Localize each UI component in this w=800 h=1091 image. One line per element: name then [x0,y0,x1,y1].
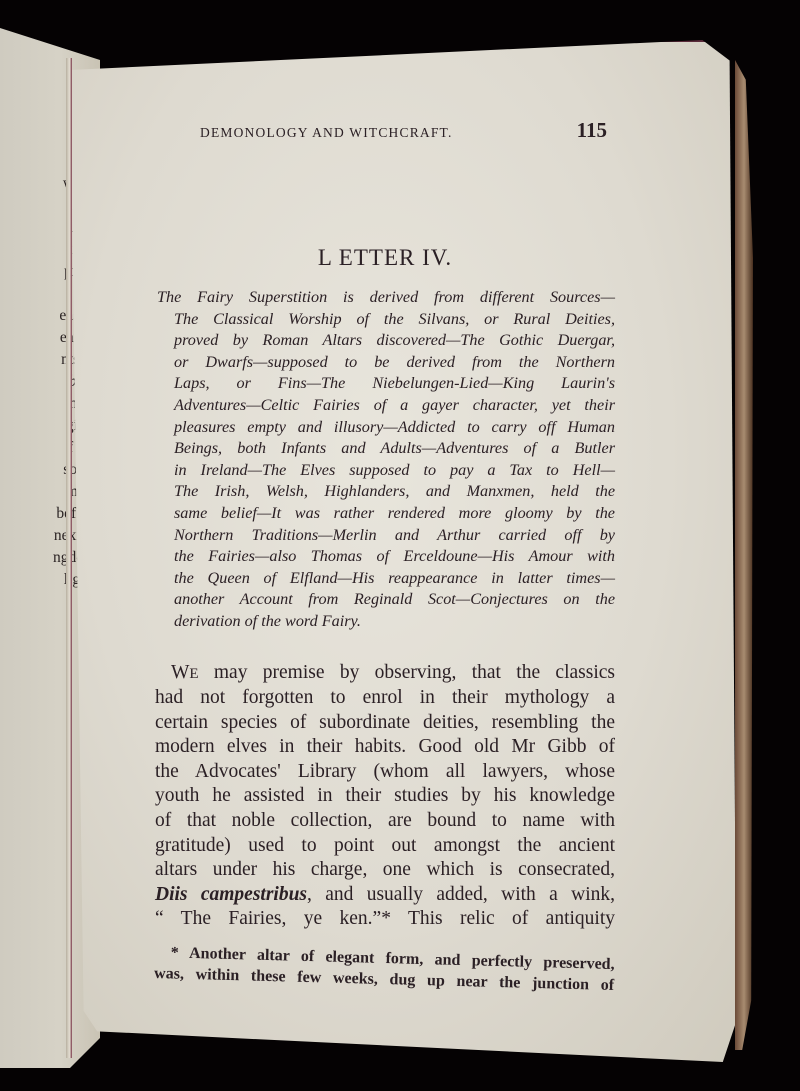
body-line: the Advocates' Library (whom all lawyers… [155,760,615,785]
body-line: of that noble collection, are bound to n… [155,809,615,834]
body-line: altars under his charge, one which is co… [155,858,615,883]
summary-line: The Classical Worship of the Silvans, or… [157,309,615,331]
body-line: modern elves in their habits. Good old M… [155,735,615,760]
summary-line: Laps, or Fins—The Niebelungen-Lied—King … [157,373,615,395]
body-line: WE may premise by observing, that the cl… [155,661,615,687]
summary-line: proved by Roman Altars discovered—The Go… [157,330,615,352]
body-line: Diis campestribus, and usually added, wi… [155,883,615,908]
page-number: 115 [577,118,607,143]
body-text: may premise by observing, that the class… [199,662,615,683]
summary-line: in Ireland—The Elves supposed to pay a T… [157,460,615,482]
summary-line: Adventures—Celtic Fairies of a gayer cha… [157,395,615,417]
summary-line: Northern Traditions—Merlin and Arthur ca… [157,525,615,547]
small-caps: E [189,666,198,682]
summary-line: The Fairy Superstition is derived from d… [157,287,615,309]
body-paragraph: WE may premise by observing, that the cl… [155,661,615,933]
summary-line: derivation of the word Fairy. [157,611,615,633]
summary-line: or Dwarfs—supposed to be derived from th… [157,352,615,374]
body-line: gratitude) used to point out amongst the… [155,834,615,859]
chapter-title: L ETTER IV. [155,245,615,271]
body-line: had not forgotten to enrol in their myth… [155,686,615,711]
body-line: certain species of subordinate deities, … [155,711,615,736]
drop-cap: W [171,662,189,683]
summary-line: the Queen of Elfland—His reappearance in… [157,568,615,590]
summary-line: The Irish, Welsh, Highlanders, and Manxm… [157,481,615,503]
body-text: , and usually added, with a wink, [307,884,615,905]
body-line: youth he assisted in their studies by hi… [155,784,615,809]
book-gutter [66,58,72,1058]
page-content: DEMONOLOGY AND WITCHCRAFT. 115 L ETTER I… [155,118,615,984]
summary-line: pleasures empty and illusory—Addicted to… [157,417,615,439]
summary-line: another Account from Reginald Scot—Conje… [157,589,615,611]
summary-line: Beings, both Infants and Adults—Adventur… [157,438,615,460]
body-line: “ The Fairies, ye ken.”* This relic of a… [155,907,615,932]
summary-line: the Fairies—also Thomas of Erceldoune—Hi… [157,546,615,568]
running-title: DEMONOLOGY AND WITCHCRAFT. [200,125,453,141]
running-head: DEMONOLOGY AND WITCHCRAFT. 115 [200,118,615,143]
latin-phrase: Diis campestribus [155,884,307,905]
summary-line: same belief—It was rather rendered more … [157,503,615,525]
page-edge [735,60,753,1050]
chapter-summary: The Fairy Superstition is derived from d… [155,287,615,633]
